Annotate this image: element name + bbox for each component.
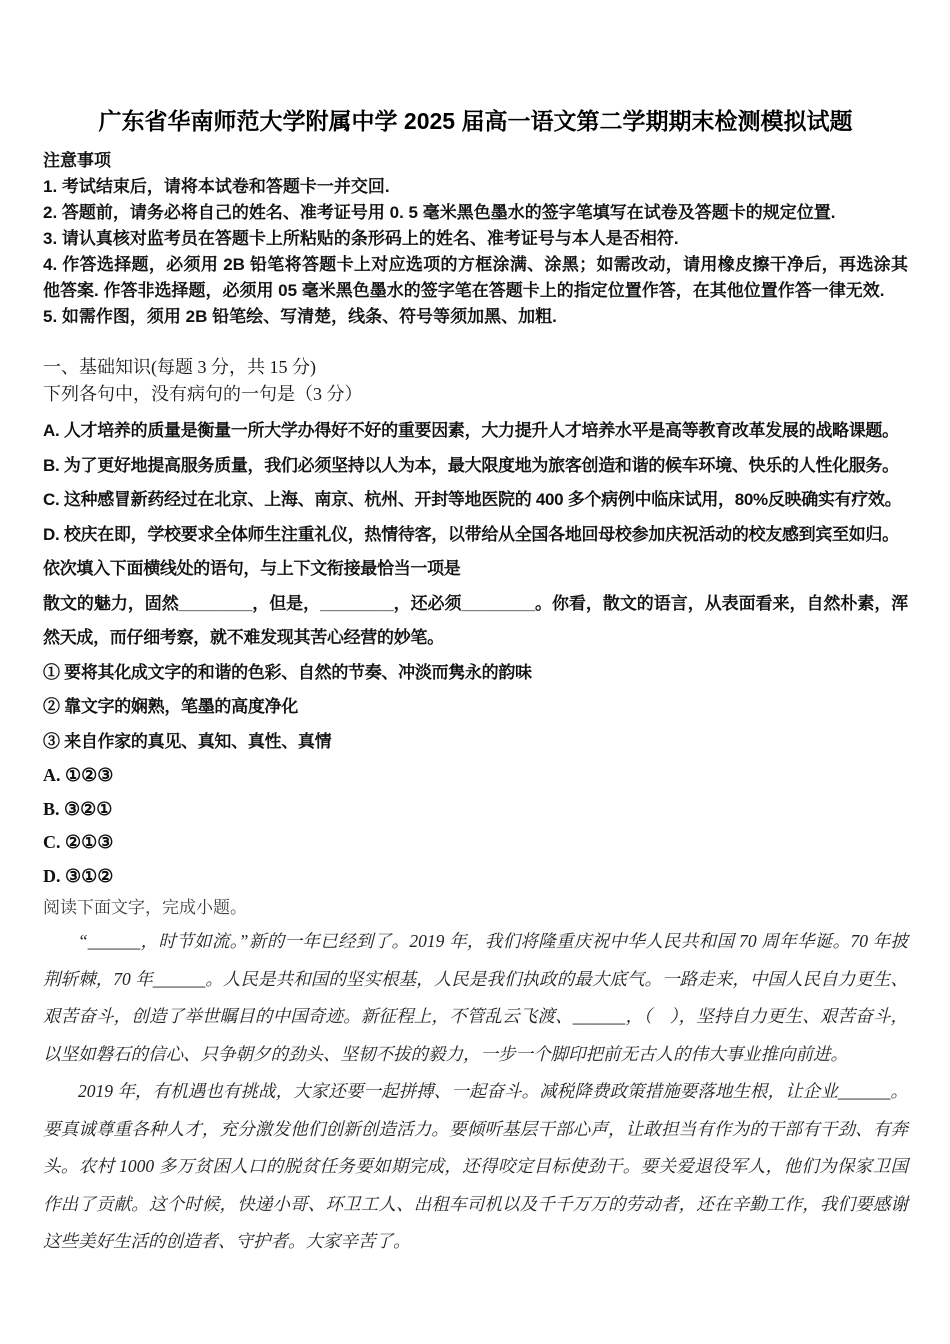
- exam-paper-page: 广东省华南师范大学附属中学 2025 届高一语文第二学期期末检测模拟试题 注意事…: [0, 0, 950, 1344]
- question2-option-c: C. ②①③: [43, 826, 908, 860]
- question2-item-1: ① 要将其化成文字的和谐的色彩、自然的节奏、冲淡而隽永的韵味: [43, 656, 908, 691]
- notice-item-2: 2. 答题前，请务必将自己的姓名、准考证号用 0. 5 毫米黑色墨水的签字笔填写…: [43, 200, 908, 226]
- question1-option-b: B. 为了更好地提高服务质量，我们必须坚持以人为本，最大限度地为旅客创造和谐的候…: [43, 449, 908, 484]
- notice-item-1: 1. 考试结束后，请将本试卷和答题卡一并交回.: [43, 174, 908, 200]
- question2-item-2: ② 靠文字的娴熟，笔墨的高度净化: [43, 690, 908, 725]
- question2-lead-text: 散文的魅力，固然________，但是，________，还必须________…: [43, 587, 908, 656]
- question2-option-b: B. ③②①: [43, 793, 908, 827]
- reading-intro: 阅读下面文字，完成小题。: [43, 893, 908, 923]
- notice-heading: 注意事项: [43, 148, 908, 174]
- notice-item-4: 4. 作答选择题，必须用 2B 铅笔将答题卡上对应选项的方框涂满、涂黑；如需改动…: [43, 252, 908, 304]
- notice-item-3: 3. 请认真核对监考员在答题卡上所粘贴的条形码上的姓名、准考证号与本人是否相符.: [43, 226, 908, 252]
- notice-section: 注意事项 1. 考试结束后，请将本试卷和答题卡一并交回. 2. 答题前，请务必将…: [43, 148, 908, 330]
- question2-item-3: ③ 来自作家的真见、真知、真性、真情: [43, 725, 908, 760]
- question1-option-c: C. 这种感冒新药经过在北京、上海、南京、杭州、开封等地医院的 400 多个病例…: [43, 483, 908, 518]
- question1-option-d: D. 校庆在即，学校要求全体师生注重礼仪，热情待客，以带给从全国各地回母校参加庆…: [43, 518, 908, 553]
- reading-section: 阅读下面文字，完成小题。 “______，时节如流。”新的一年已经到了。2019…: [43, 893, 908, 1261]
- passage-paragraph-1: “______，时节如流。”新的一年已经到了。2019 年，我们将隆重庆祝中华人…: [43, 923, 908, 1073]
- question2-option-d: D. ③①②: [43, 860, 908, 894]
- question2-option-a: A. ①②③: [43, 759, 908, 793]
- question1-stem: 下列各句中，没有病句的一句是（3 分）: [43, 381, 908, 408]
- section-basic-knowledge: 一、基础知识(每题 3 分，共 15 分) 下列各句中，没有病句的一句是（3 分…: [43, 354, 908, 893]
- page-title: 广东省华南师范大学附属中学 2025 届高一语文第二学期期末检测模拟试题: [43, 106, 908, 136]
- question2-stem: 依次填入下面横线处的语句，与上下文衔接最恰当一项是: [43, 552, 908, 587]
- passage-paragraph-2: 2019 年，有机遇也有挑战，大家还要一起拼搏、一起奋斗。减税降费政策措施要落地…: [43, 1073, 908, 1261]
- notice-item-5: 5. 如需作图，须用 2B 铅笔绘、写清楚，线条、符号等须加黑、加粗.: [43, 304, 908, 330]
- section-heading: 一、基础知识(每题 3 分，共 15 分): [43, 354, 908, 381]
- question1-option-a: A. 人才培养的质量是衡量一所大学办得好不好的重要因素，大力提升人才培养水平是高…: [43, 414, 908, 449]
